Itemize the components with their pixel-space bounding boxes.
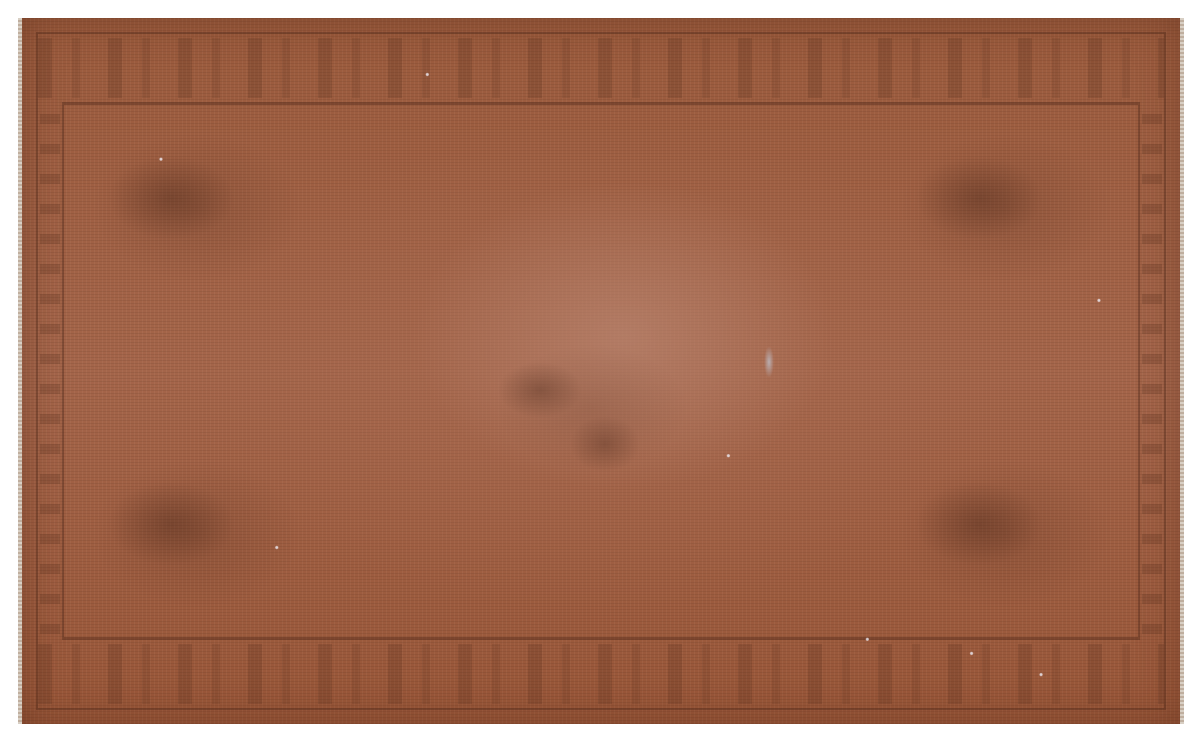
rug-fringe-right (1180, 18, 1184, 724)
rug (22, 18, 1180, 724)
rug-lint-specks (22, 18, 1180, 724)
